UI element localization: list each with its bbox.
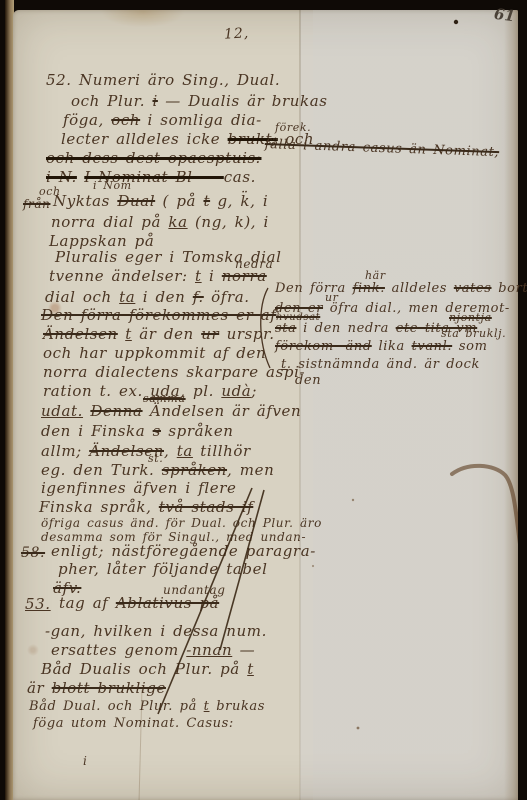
handwritten-line: norra dialectens skarpare aspi- (43, 365, 305, 380)
handwritten-line: i Nom (93, 180, 132, 191)
brace-mark (261, 288, 270, 368)
handwritten-line: nedra (235, 258, 273, 270)
page-fold-tint (313, 10, 518, 800)
handwritten-line: förek. (275, 122, 311, 133)
handwritten-line: pher, låter följande tabel (58, 562, 268, 577)
handwritten-line: Båd Dual. och Plur. på t brukas (29, 700, 265, 713)
ink-marks-overlay (13, 10, 518, 800)
manuscript-page: 12, 61 52. Numeri äro Sing., Dual.och Pl… (13, 10, 518, 800)
handwritten-line: norra dial på ka (ng, k), i (51, 215, 269, 230)
handwritten-line: i N. I Nominat Bl——cas. (46, 170, 256, 185)
ink-dot (312, 565, 314, 567)
handwritten-line: från (23, 198, 50, 210)
handwritten-line: Ändelsen t är den ur urspr. (43, 327, 275, 342)
handwritten-line: st. (148, 453, 163, 464)
handwritten-line: 53. (25, 597, 51, 612)
bottom-crease (139, 690, 143, 800)
handwritten-line: enligt; nästföregående paragra- (51, 544, 316, 559)
manuscript-photo: 12, 61 52. Numeri äro Sing., Dual.och Pl… (0, 0, 527, 800)
handwritten-line: är blott bruklige (27, 681, 166, 696)
handwritten-line: udat. Denna Ändelsen är äfven (41, 404, 301, 419)
handwritten-line: och har uppkommit af den (43, 346, 266, 361)
handwritten-line: t. sistnämnda änd. är dock (281, 358, 480, 371)
handwritten-line: i (83, 755, 87, 767)
folio-number: 61 (493, 5, 516, 25)
handwritten-line: 52. Numeri äro Sing., Dual. (46, 73, 280, 88)
handwriting-layer: 52. Numeri äro Sing., Dual.och Plur. i —… (13, 10, 518, 800)
handwritten-line: lecter alldeles icke brukt; och (61, 132, 314, 147)
handwritten-line: igenfinnes äfven i flere (41, 481, 236, 496)
deletion-stroke (158, 488, 252, 714)
handwritten-line: sta bruklj. (441, 328, 506, 339)
handwritten-line: och Plur. i — Dualis är brukas (71, 94, 328, 109)
handwritten-line: och dess dest opaesptuis: (46, 151, 261, 166)
handwritten-line: 58. (21, 546, 45, 560)
vertical-fold-crease (299, 10, 301, 800)
handwritten-line: njontja (449, 312, 492, 323)
handwritten-line: den er öfra dial., men deremot- (275, 302, 510, 315)
handwritten-line: Lappskan på (49, 234, 154, 249)
page-number: 12, (224, 25, 250, 42)
handwritten-line: Finska språk, två stads if (39, 500, 253, 515)
handwritten-line: sta i den nedra ete tita vm (275, 322, 477, 335)
ink-dot (454, 20, 458, 24)
handwritten-line: Pluralis eger i Tomska dial (55, 250, 282, 265)
ink-dot (357, 727, 360, 730)
handwritten-line: samma (143, 393, 186, 404)
handwritten-line: tvenne ändelser: t i norra (49, 269, 267, 284)
handwritten-line: -gan, hvilken i dessa num. (45, 624, 267, 639)
handwritten-line: ur (325, 292, 339, 303)
handwritten-line: förekom- änd lika tvanl. som (275, 340, 488, 353)
handwritten-line: Båd Dualis och Plur. på t (41, 662, 254, 677)
handwritten-line: dial och ta i den f. öfra. (45, 290, 250, 305)
handwritten-line: Nyktas Dual ( på t g, k̈, i (53, 194, 268, 209)
handwritten-line: eg. den Turk. språken, men (41, 463, 274, 478)
deletion-stroke (220, 490, 264, 650)
handwritten-line: föga, och i somliga dia- (63, 113, 262, 128)
handwritten-line: tag af Ablativus på (59, 596, 219, 611)
handwritten-line: den i Finska s språken (41, 424, 234, 439)
handwritten-line: och (39, 186, 61, 197)
handwritten-line: ersattes genom -nnan — (51, 643, 255, 658)
page-right-edge-shade (504, 10, 518, 800)
handwritten-line: föga utom Nominat. Casus: (33, 717, 234, 730)
ink-dot (352, 499, 354, 501)
handwritten-line: ration t. ex. uda, pl. udà; (43, 384, 257, 399)
handwritten-line: desamma som för Singul., med undan- (41, 531, 306, 543)
handwritten-line: undantag (163, 584, 225, 596)
handwritten-line: Den förra förekommes er af (41, 308, 276, 323)
handwritten-line: äfv. (53, 581, 81, 596)
handwritten-line: här (365, 270, 386, 281)
handwritten-line: allm; Ändelsen, ta tillhör (41, 444, 251, 459)
handwritten-line: öfriga casus änd. för Dual. och Plur. är… (41, 517, 322, 529)
handwritten-line: Den förra fink. alldeles vates bortkommi… (275, 282, 527, 295)
